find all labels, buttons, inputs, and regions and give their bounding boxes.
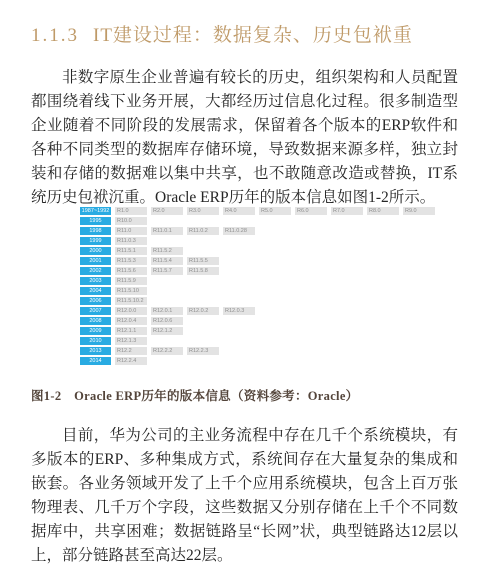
year-badge: 2007: [80, 307, 111, 315]
year-badge: 2004: [80, 287, 111, 295]
version-cell: R9.0: [403, 207, 435, 215]
year-badge: 2001: [80, 257, 111, 265]
version-timeline-row: 2010R12.1.3: [80, 337, 435, 345]
year-badge: 2010: [80, 337, 111, 345]
year-badge: 2013: [80, 347, 111, 355]
version-cell: R12.1.1: [115, 327, 147, 335]
version-cell: R11.5.10: [115, 287, 147, 295]
version-cell: R12.2.4: [115, 357, 147, 365]
version-cell: R12.0.3: [223, 307, 255, 315]
section-heading: 1.1.3IT建设过程：数据复杂、历史包袱重: [31, 20, 413, 47]
version-cell: R5.0: [259, 207, 291, 215]
year-badge: 1999: [80, 237, 111, 245]
version-timeline-row: 1998R11.0R11.0.1R11.0.2R11.0.28: [80, 227, 435, 235]
version-timeline-row: 2014R12.2.4: [80, 357, 435, 365]
year-badge: 2003: [80, 277, 111, 285]
version-cell: R3.0: [187, 207, 219, 215]
version-cell: R8.0: [367, 207, 399, 215]
version-timeline-row: 2003R11.5.9: [80, 277, 435, 285]
version-cell: R11.5.4: [151, 257, 183, 265]
version-cell: R4.0: [223, 207, 255, 215]
version-cell: R11.0.1: [151, 227, 183, 235]
version-timeline-row: 1999R11.0.3: [80, 237, 435, 245]
version-cell: R10.0: [115, 217, 147, 225]
year-badge: 2008: [80, 317, 111, 325]
year-badge: 2009: [80, 327, 111, 335]
version-cell: R11.5.6: [115, 267, 147, 275]
version-cell: R12.1.2: [151, 327, 183, 335]
version-cell: R11.5.1: [115, 247, 147, 255]
section-title: IT建设过程：数据复杂、历史包袱重: [93, 25, 413, 46]
version-cell: R11.0.3: [115, 237, 147, 245]
version-cell: R12.2: [115, 347, 147, 355]
version-timeline-row: 1987~1992R1.0R2.0R3.0R4.0R5.0R6.0R7.0R8.…: [80, 207, 435, 215]
version-timeline-row: 2001R11.5.3R11.5.4R11.5.5: [80, 257, 435, 265]
version-cell: R1.0: [115, 207, 147, 215]
figure-caption: 图1-2 Oracle ERP历年的版本信息（资料参考：Oracle）: [31, 386, 358, 404]
year-badge: 2006: [80, 297, 111, 305]
version-cell: R11.0.28: [223, 227, 255, 235]
version-timeline-row: 2000R11.5.1R11.5.2: [80, 247, 435, 255]
version-cell: R12.0.4: [115, 317, 147, 325]
version-cell: R12.0.6: [151, 317, 183, 325]
year-badge: 1995: [80, 217, 111, 225]
version-timeline-row: 2006R11.5.10.2: [80, 297, 435, 305]
version-timeline-row: 2009R12.1.1R12.1.2: [80, 327, 435, 335]
version-cell: R11.5.2: [151, 247, 183, 255]
version-cell: R6.0: [295, 207, 327, 215]
year-badge: 1998: [80, 227, 111, 235]
year-badge: 2000: [80, 247, 111, 255]
version-cell: R11.5.7: [151, 267, 183, 275]
version-timeline-row: 2004R11.5.10: [80, 287, 435, 295]
paragraph-intro: 非数字原生企业普遍有较长的历史，组织架构和人员配置都围绕着线下业务开展，大都经历…: [31, 66, 458, 210]
version-cell: R7.0: [331, 207, 363, 215]
version-cell: R12.2.2: [151, 347, 183, 355]
erp-version-figure: 1987~1992R1.0R2.0R3.0R4.0R5.0R6.0R7.0R8.…: [80, 207, 435, 367]
version-timeline-row: 1995R10.0: [80, 217, 435, 225]
version-cell: R11.5.3: [115, 257, 147, 265]
version-cell: R11.5.8: [187, 267, 219, 275]
version-timeline-row: 2002R11.5.6R11.5.7R11.5.8: [80, 267, 435, 275]
version-cell: R2.0: [151, 207, 183, 215]
version-cell: R12.0.0: [115, 307, 147, 315]
version-cell: R12.0.1: [151, 307, 183, 315]
year-badge: 2002: [80, 267, 111, 275]
version-cell: R11.5.9: [115, 277, 147, 285]
version-cell: R11.5.5: [187, 257, 219, 265]
version-cell: R12.1.3: [115, 337, 147, 345]
book-page: 1.1.3IT建设过程：数据复杂、历史包袱重 非数字原生企业普遍有较长的历史，组…: [0, 0, 486, 587]
version-cell: R11.0.2: [187, 227, 219, 235]
version-cell: R12.2.3: [187, 347, 219, 355]
version-cell: R12.0.2: [187, 307, 219, 315]
paragraph-huawei: 目前，华为公司的主业务流程中存在几千个系统模块，有多版本的ERP、多种集成方式，…: [31, 424, 458, 568]
version-cell: R11.0: [115, 227, 147, 235]
section-number: 1.1.3: [31, 25, 79, 46]
version-timeline-row: 2008R12.0.4R12.0.6: [80, 317, 435, 325]
version-cell: R11.5.10.2: [115, 297, 147, 305]
year-badge: 1987~1992: [80, 207, 111, 215]
year-badge: 2014: [80, 357, 111, 365]
version-timeline-row: 2007R12.0.0R12.0.1R12.0.2R12.0.3: [80, 307, 435, 315]
version-timeline-row: 2013R12.2R12.2.2R12.2.3: [80, 347, 435, 355]
